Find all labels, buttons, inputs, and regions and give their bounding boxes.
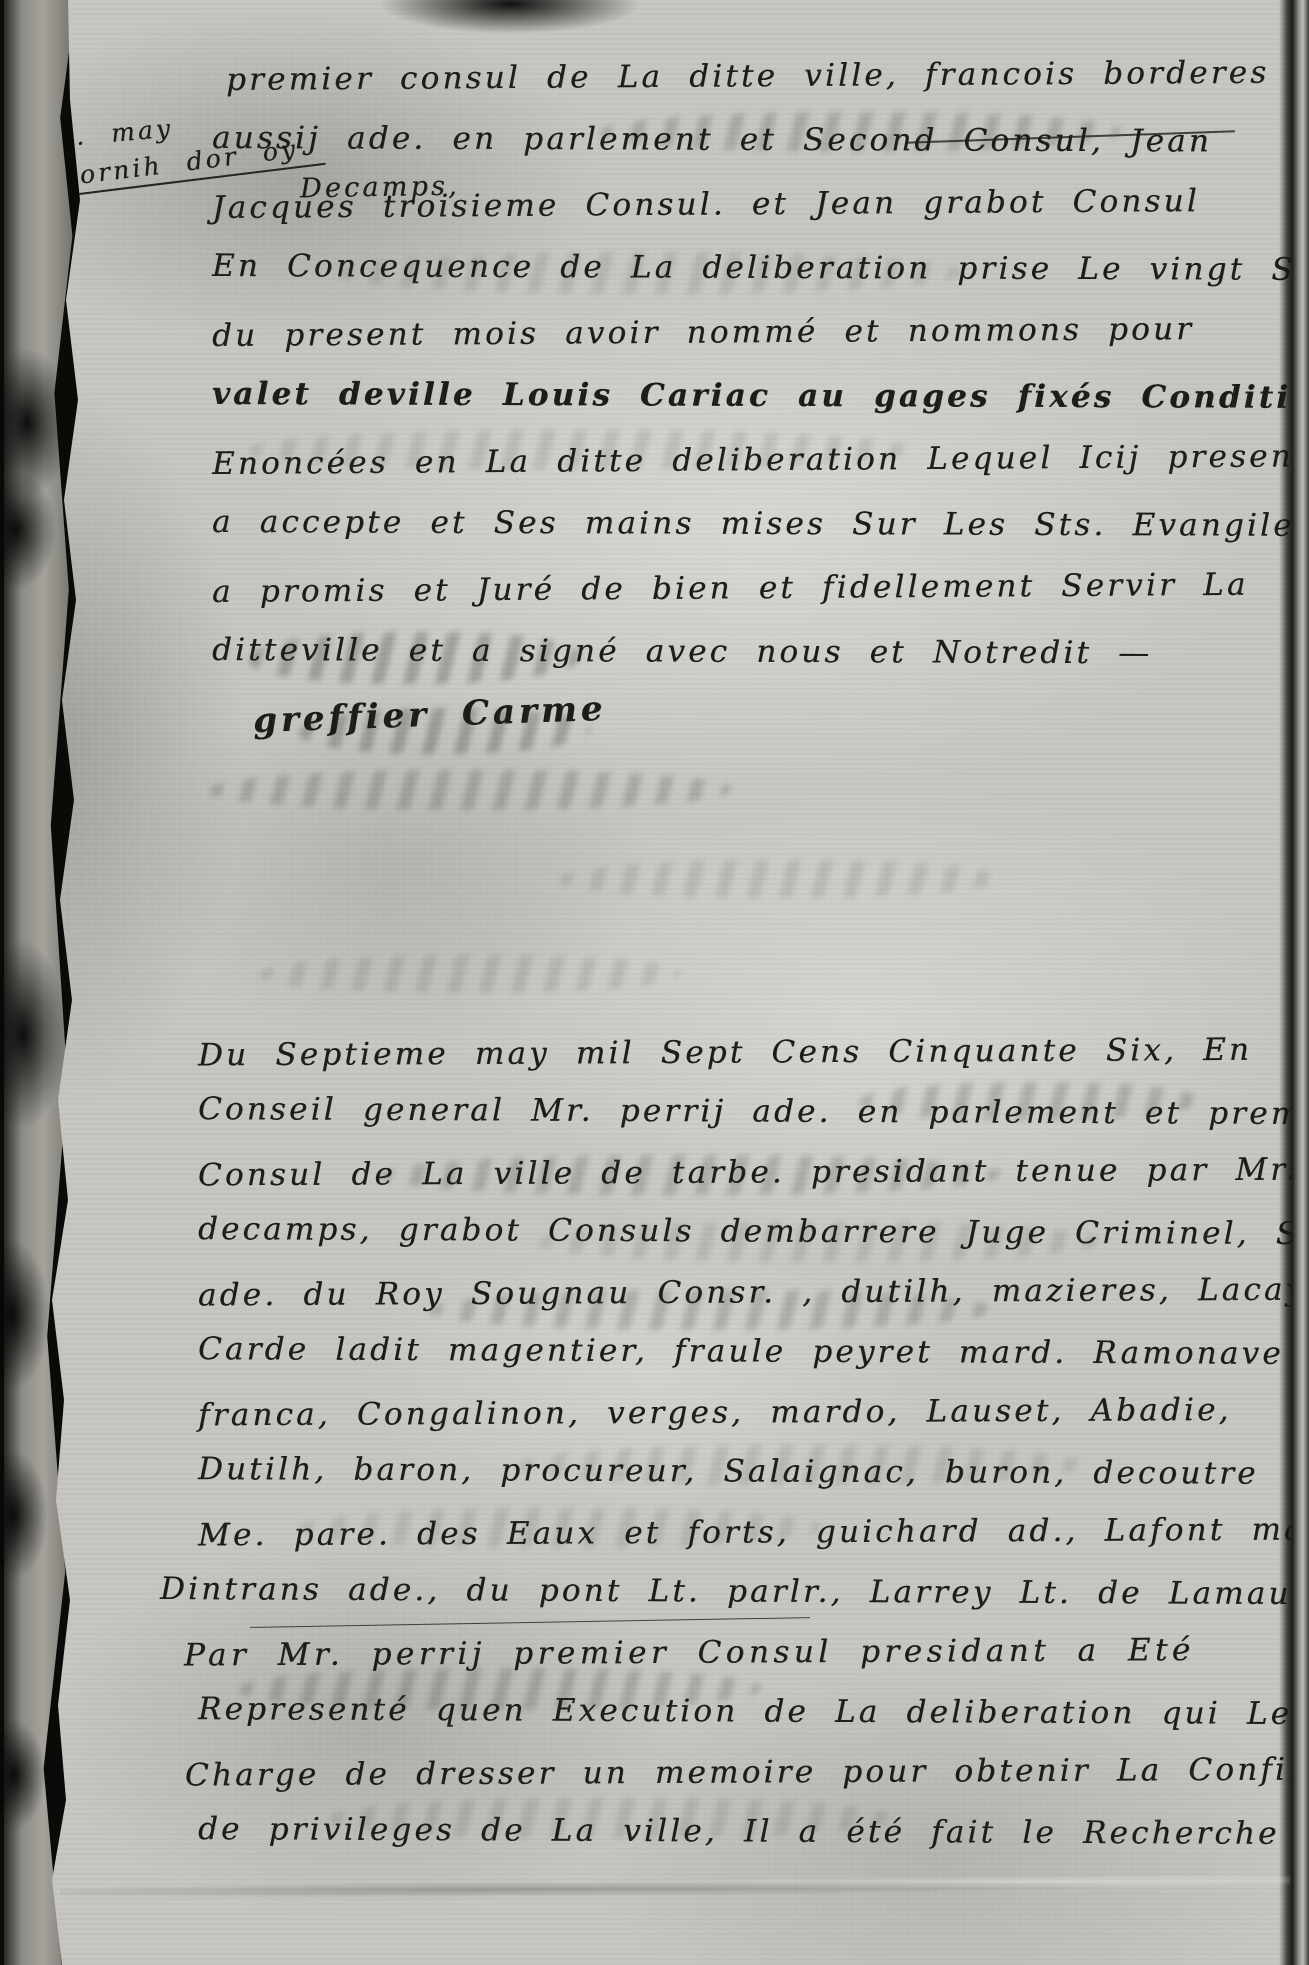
edge-ink-blotch	[0, 1450, 48, 1580]
ink-bleed-smudge	[204, 770, 735, 810]
ink-bleed-smudge	[255, 955, 686, 993]
manuscript-line: de privileges de La ville, Il a été fait…	[198, 1799, 1309, 1865]
paragraph-1: premier consul de La ditte ville, franco…	[212, 44, 1309, 684]
manuscript-line: du present mois avoir nommé et nommons p…	[212, 296, 1309, 368]
scan-right-edge	[1279, 0, 1309, 1965]
manuscript-line: Enoncées en La ditte deliberation Lequel…	[212, 424, 1309, 496]
edge-ink-blotch	[0, 1720, 46, 1830]
manuscript-line: Dutilh, baron, procureur, Salaignac, bur…	[198, 1439, 1309, 1505]
manuscript-line: a accepte et Ses mains mises Sur Les Sts…	[212, 490, 1309, 558]
edge-ink-blotch	[0, 940, 66, 1130]
manuscript-line: Conseil general Mr. perrij ade. en parle…	[198, 1079, 1309, 1145]
manuscript-line: valet deville Louis Cariac au gages fixé…	[212, 362, 1309, 430]
edge-ink-blotch	[0, 1240, 50, 1390]
manuscript-line: Du Septieme may mil Sept Cens Cinquante …	[198, 1019, 1309, 1086]
manuscript-line: ditteville et a signé avec nous et Notre…	[212, 618, 1309, 686]
manuscript-line: decamps, grabot Consuls dembarrere Juge …	[198, 1199, 1309, 1265]
paragraph-2: Du Septieme may mil Sept Cens Cinquante …	[198, 1022, 1309, 1862]
manuscript-line: En Concequence de La deliberation prise …	[212, 234, 1309, 302]
manuscript-line: Par Mr. perrij premier Consul presidant …	[184, 1619, 1309, 1686]
manuscript-line: ade. du Roy Sougnau Consr. , dutilh, maz…	[198, 1259, 1309, 1326]
paper-sheet: 8. may Lornih dor oy premier consul de L…	[0, 0, 1309, 1965]
manuscript-line: franca, Congalinon, verges, mardo, Lause…	[198, 1379, 1309, 1446]
manuscript-line: Representé quen Execution de La delibera…	[198, 1679, 1309, 1745]
edge-ink-blotch	[0, 470, 56, 590]
manuscript-scan: 8. may Lornih dor oy premier consul de L…	[0, 0, 1309, 1965]
edge-ink-blotch	[380, 0, 640, 34]
manuscript-line: Consul de La ville de tarbe. presidant t…	[198, 1139, 1309, 1206]
manuscript-line: Me. pare. des Eaux et forts, guichard ad…	[198, 1499, 1309, 1566]
manuscript-line: aussij ade. en parlement et Second Consu…	[212, 106, 1309, 174]
interline-insertion: Decamps,	[300, 171, 460, 205]
ink-bleed-smudge	[555, 860, 1006, 898]
manuscript-line: a promis et Juré de bien et fidellement …	[212, 552, 1309, 624]
manuscript-line: premier consul de La ditte ville, franco…	[226, 40, 1309, 112]
manuscript-line: Dintrans ade., du pont Lt. parlr., Larre…	[160, 1559, 1309, 1625]
manuscript-line: Charge de dresser un memoire pour obteni…	[185, 1739, 1309, 1806]
manuscript-line: Carde ladit magentier, fraule peyret mar…	[198, 1319, 1309, 1385]
